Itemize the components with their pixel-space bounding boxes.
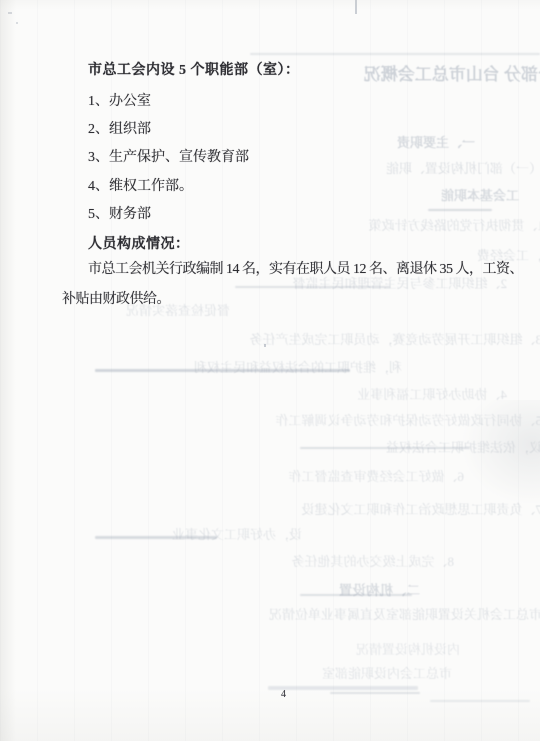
bleed-through-line: 第一部分 台山市总工会概况 <box>322 66 540 83</box>
bleed-through-line: 1、贯彻执行党的路线方针政策 <box>300 219 540 232</box>
bleed-through-line: 3、组织职工开展劳动竞赛，动员职工完成生产任务 <box>62 333 540 346</box>
bleed-through-line: 设，办好职工文化事业 <box>62 528 302 541</box>
scan-artifact-mark <box>355 0 357 14</box>
heading-departments: 市总工会内设 5 个职能部（室）： <box>88 64 300 78</box>
bleed-through-smudge <box>300 447 470 449</box>
bleed-through-line: 市总工会机关设置职能部室及直属事业单位情况 <box>62 608 540 621</box>
bleed-through-smudge <box>428 209 492 211</box>
bleed-through-line: 8、完成上级交办的其他任务 <box>228 555 454 568</box>
page-curl-shadow <box>455 400 540 510</box>
bleed-through-smudge <box>235 286 390 288</box>
department-item-5: 5、财务部 <box>88 208 151 222</box>
bleed-through-line: 2、组织职工参与民主管理和民主监督 <box>225 277 507 290</box>
bleed-through-line: 二、机构设置 <box>280 584 420 598</box>
department-item-2: 2、组织部 <box>88 123 151 137</box>
scan-artifact-mark <box>8 12 12 14</box>
bleed-through-line: 市总工会内设职能部室 <box>258 667 452 680</box>
scan-artifact-mark <box>16 22 18 24</box>
document-page: 第一部分 台山市总工会概况一、主要职责（一）部门机构设置、职能工会基本职能1、贯… <box>0 0 540 741</box>
paragraph-line-2: 补贴由财政供给。 <box>62 293 170 307</box>
bleed-through-line: 内设机构设置情况 <box>280 643 460 656</box>
bleed-through-smudge <box>268 686 418 690</box>
bleed-through-smudge <box>300 594 412 596</box>
bleed-through-smudge <box>95 369 350 372</box>
bleed-through-line: 工会基本职能 <box>354 189 519 202</box>
bleed-through-smudge <box>330 692 420 694</box>
department-item-1: 1、办公室 <box>88 95 151 109</box>
page-number: 4 <box>281 690 286 700</box>
bleed-through-smudge <box>95 536 217 539</box>
bleed-through-line: 利，维护职工的合法权益和民主权利 <box>62 361 402 374</box>
bleed-through-line: 一、主要职责 <box>340 136 475 149</box>
department-item-3: 3、生产保护、宣传教育部 <box>88 151 249 165</box>
bleed-through-smudge <box>430 700 530 702</box>
bleed-through-line: 4、协助办好职工福利事业 <box>275 388 507 401</box>
bleed-through-smudge <box>250 53 540 55</box>
bleed-through-line: 5、协同行政做好劳动保护和劳动争议调解工作 <box>62 414 540 427</box>
bleed-through-line: 议，依法维护职工合法权益 <box>278 441 540 454</box>
bleed-through-line: 6、做好工会经费审查监督工作 <box>228 470 464 483</box>
bleed-through-line: ，工会经费 <box>466 249 540 262</box>
heading-personnel: 人员构成情况： <box>88 238 190 252</box>
paragraph-line-1: 市总工会机关行政编制 14 名，实有在职人员 12 名、离退休 35 人，工资、 <box>88 263 523 277</box>
bleed-through-line: 7、负责职工思想政治工作和职工文化建设 <box>62 503 540 516</box>
scan-artifact-mark <box>264 344 266 347</box>
bleed-through-line: （一）部门机构设置、职能 <box>306 162 540 175</box>
department-item-4: 4、维权工作部。 <box>88 180 193 194</box>
